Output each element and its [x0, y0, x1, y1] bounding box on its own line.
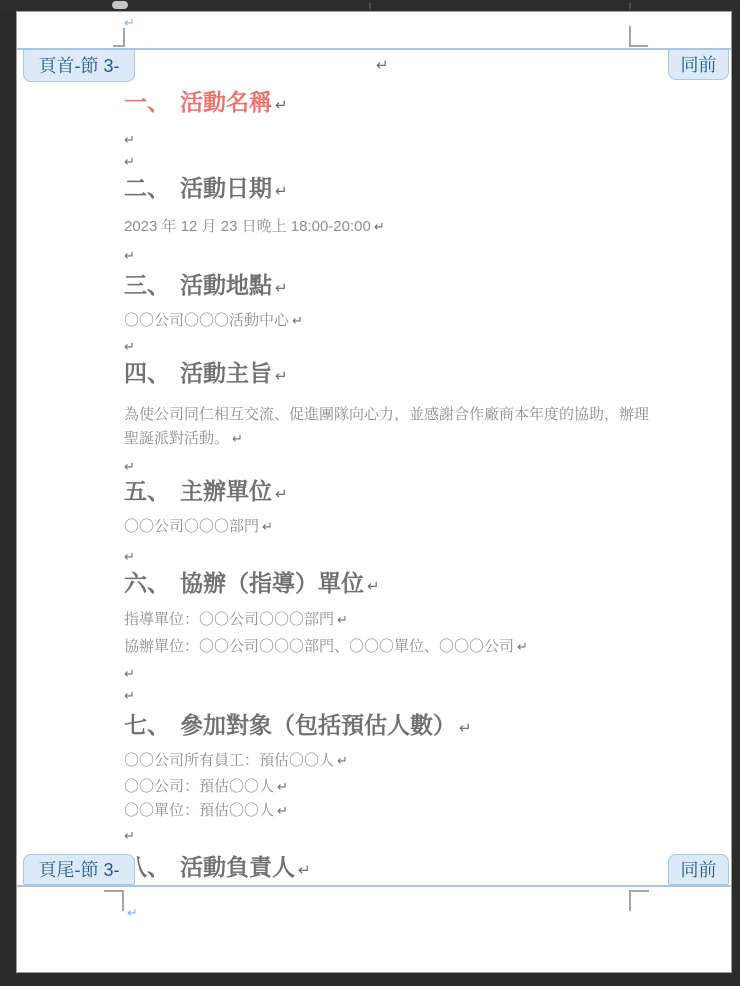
margin-corner-mark [113, 45, 125, 47]
paragraph-mark-icon: ↵ [459, 720, 472, 737]
paragraph-mark-icon: ↵ [275, 97, 288, 114]
doc-text-line: 協辦單位：〇〇公司〇〇〇部門、〇〇〇單位、〇〇〇公司↵ [124, 638, 528, 656]
heading-number: 三、 [124, 272, 170, 298]
doc-text-line: 為使公司同仁相互交流、促進團隊向心力，並感謝合作廠商本年度的協助，辦理聖誕派對活… [124, 403, 654, 451]
header-section-tag: 頁首-節 3- [23, 49, 135, 82]
paragraph-mark-icon: ↵ [124, 154, 135, 169]
margin-corner-mark [122, 890, 124, 911]
margin-corner-mark [629, 45, 648, 47]
doc-text-line: 〇〇公司所有員工：預估〇〇人↵ [124, 752, 348, 770]
doc-heading: 五、主辦單位↵ [124, 478, 288, 506]
doc-text-line: 〇〇公司：預估〇〇人↵ [124, 778, 288, 796]
doc-heading: 一、活動名稱↵ [124, 89, 288, 117]
heading-title: 主辦單位 [180, 478, 272, 504]
doc-empty-line: ↵ [124, 247, 135, 265]
doc-empty-line: ↵ [124, 153, 135, 171]
paragraph-mark-icon: ↵ [367, 578, 380, 595]
heading-number: 五、 [124, 478, 170, 504]
paragraph-mark-icon: ↵ [124, 459, 135, 474]
doc-empty-line: ↵ [124, 665, 135, 683]
margin-corner-mark [629, 26, 631, 47]
paragraph-mark-icon: ↵ [275, 486, 288, 503]
footer-same-as-previous-tag: 同前 [668, 854, 729, 885]
toolbar-separator [369, 3, 371, 9]
paragraph-mark-icon: ↵ [124, 828, 135, 843]
document-page[interactable]: 一、活動名稱↵↵↵二、活動日期↵2023 年 12 月 23 日晚上 18:00… [16, 11, 732, 973]
document-body-text: 一、活動名稱↵↵↵二、活動日期↵2023 年 12 月 23 日晚上 18:00… [17, 12, 733, 974]
paragraph-mark-icon: ↵ [124, 248, 135, 263]
heading-number: 一、 [124, 89, 170, 115]
margin-corner-mark [104, 890, 124, 892]
doc-text-line: 指導單位：〇〇公司〇〇〇部門↵ [124, 611, 348, 629]
paragraph-mark-icon: ↵ [374, 219, 385, 234]
footer-section-tag: 頁尾-節 3- [23, 854, 135, 885]
paragraph-mark-icon: ↵ [124, 132, 135, 147]
paragraph-mark-icon: ↵ [277, 779, 288, 794]
doc-text: 指導單位：〇〇公司〇〇〇部門 [124, 611, 334, 628]
toolbar-separator [629, 3, 631, 9]
word-header-footer-edit-view: { "chrome": { "scrollbar_thumb": "horizo… [0, 0, 740, 986]
footer-boundary-line [17, 885, 731, 887]
heading-number: 四、 [124, 360, 170, 386]
paragraph-mark-icon: ↵ [275, 368, 288, 385]
heading-title: 參加對象（包括預估人數） [180, 712, 456, 738]
doc-empty-line: ↵ [124, 131, 135, 149]
margin-corner-mark [629, 890, 649, 892]
header-boundary-line [17, 48, 731, 50]
paragraph-mark-icon: ↵ [124, 16, 135, 29]
doc-heading: 三、活動地點↵ [124, 272, 288, 300]
doc-text-line: 〇〇公司〇〇〇活動中心↵ [124, 312, 303, 330]
doc-heading: 六、協辦（指導）單位↵ [124, 570, 380, 598]
paragraph-mark-icon: ↵ [124, 688, 135, 703]
doc-heading: 四、活動主旨↵ [124, 360, 288, 388]
doc-heading: 二、活動日期↵ [124, 175, 288, 203]
doc-empty-line: ↵ [124, 687, 135, 705]
doc-text: 〇〇單位：預估〇〇人 [124, 802, 274, 819]
doc-text: 〇〇公司〇〇〇部門 [124, 518, 259, 535]
doc-empty-line: ↵ [124, 458, 135, 476]
heading-title: 活動負責人 [180, 854, 295, 880]
paragraph-mark-icon: ↵ [262, 519, 273, 534]
heading-title: 活動日期 [180, 175, 272, 201]
doc-text: 2023 年 12 月 23 日晚上 18:00-20:00 [124, 218, 371, 235]
header-same-as-previous-tag: 同前 [668, 49, 729, 80]
heading-title: 活動主旨 [180, 360, 272, 386]
heading-title: 活動地點 [180, 272, 272, 298]
paragraph-mark-icon: ↵ [124, 339, 135, 354]
heading-number: 六、 [124, 570, 170, 596]
paragraph-mark-icon: ↵ [337, 612, 348, 627]
doc-text-line: 〇〇公司〇〇〇部門↵ [124, 518, 273, 536]
doc-text-line: 2023 年 12 月 23 日晚上 18:00-20:00↵ [124, 218, 385, 236]
doc-text: 〇〇公司〇〇〇活動中心 [124, 312, 289, 329]
paragraph-mark-icon: ↵ [275, 183, 288, 200]
paragraph-mark-icon: ↵ [337, 753, 348, 768]
doc-empty-line: ↵ [124, 827, 135, 845]
paragraph-mark-icon: ↵ [127, 906, 138, 919]
doc-empty-line: ↵ [124, 338, 135, 356]
heading-number: 七、 [124, 712, 170, 738]
paragraph-mark-icon: ↵ [376, 58, 389, 73]
paragraph-mark-icon: ↵ [275, 280, 288, 297]
heading-title: 活動名稱 [180, 89, 272, 115]
paragraph-mark-icon: ↵ [517, 639, 528, 654]
doc-text: 〇〇公司所有員工：預估〇〇人 [124, 752, 334, 769]
heading-title: 協辦（指導）單位 [180, 570, 364, 596]
paragraph-mark-icon: ↵ [292, 313, 303, 328]
horizontal-scrollbar-thumb[interactable] [112, 1, 128, 9]
doc-text-line: 〇〇單位：預估〇〇人↵ [124, 802, 288, 820]
heading-number: 二、 [124, 175, 170, 201]
doc-text: 為使公司同仁相互交流、促進團隊向心力，並感謝合作廠商本年度的協助，辦理聖誕派對活… [124, 406, 649, 447]
doc-heading: 七、參加對象（包括預估人數）↵ [124, 712, 472, 740]
doc-text: 協辦單位：〇〇公司〇〇〇部門、〇〇〇單位、〇〇〇公司 [124, 638, 514, 655]
top-window-edge-bar [0, 0, 740, 11]
doc-empty-line: ↵ [124, 548, 135, 566]
paragraph-mark-icon: ↵ [298, 862, 311, 879]
paragraph-mark-icon: ↵ [232, 431, 243, 446]
paragraph-mark-icon: ↵ [277, 803, 288, 818]
paragraph-mark-icon: ↵ [124, 666, 135, 681]
doc-text: 〇〇公司：預估〇〇人 [124, 778, 274, 795]
margin-corner-mark [629, 890, 631, 911]
paragraph-mark-icon: ↵ [124, 549, 135, 564]
doc-heading: 八、活動負責人↵ [124, 854, 311, 882]
